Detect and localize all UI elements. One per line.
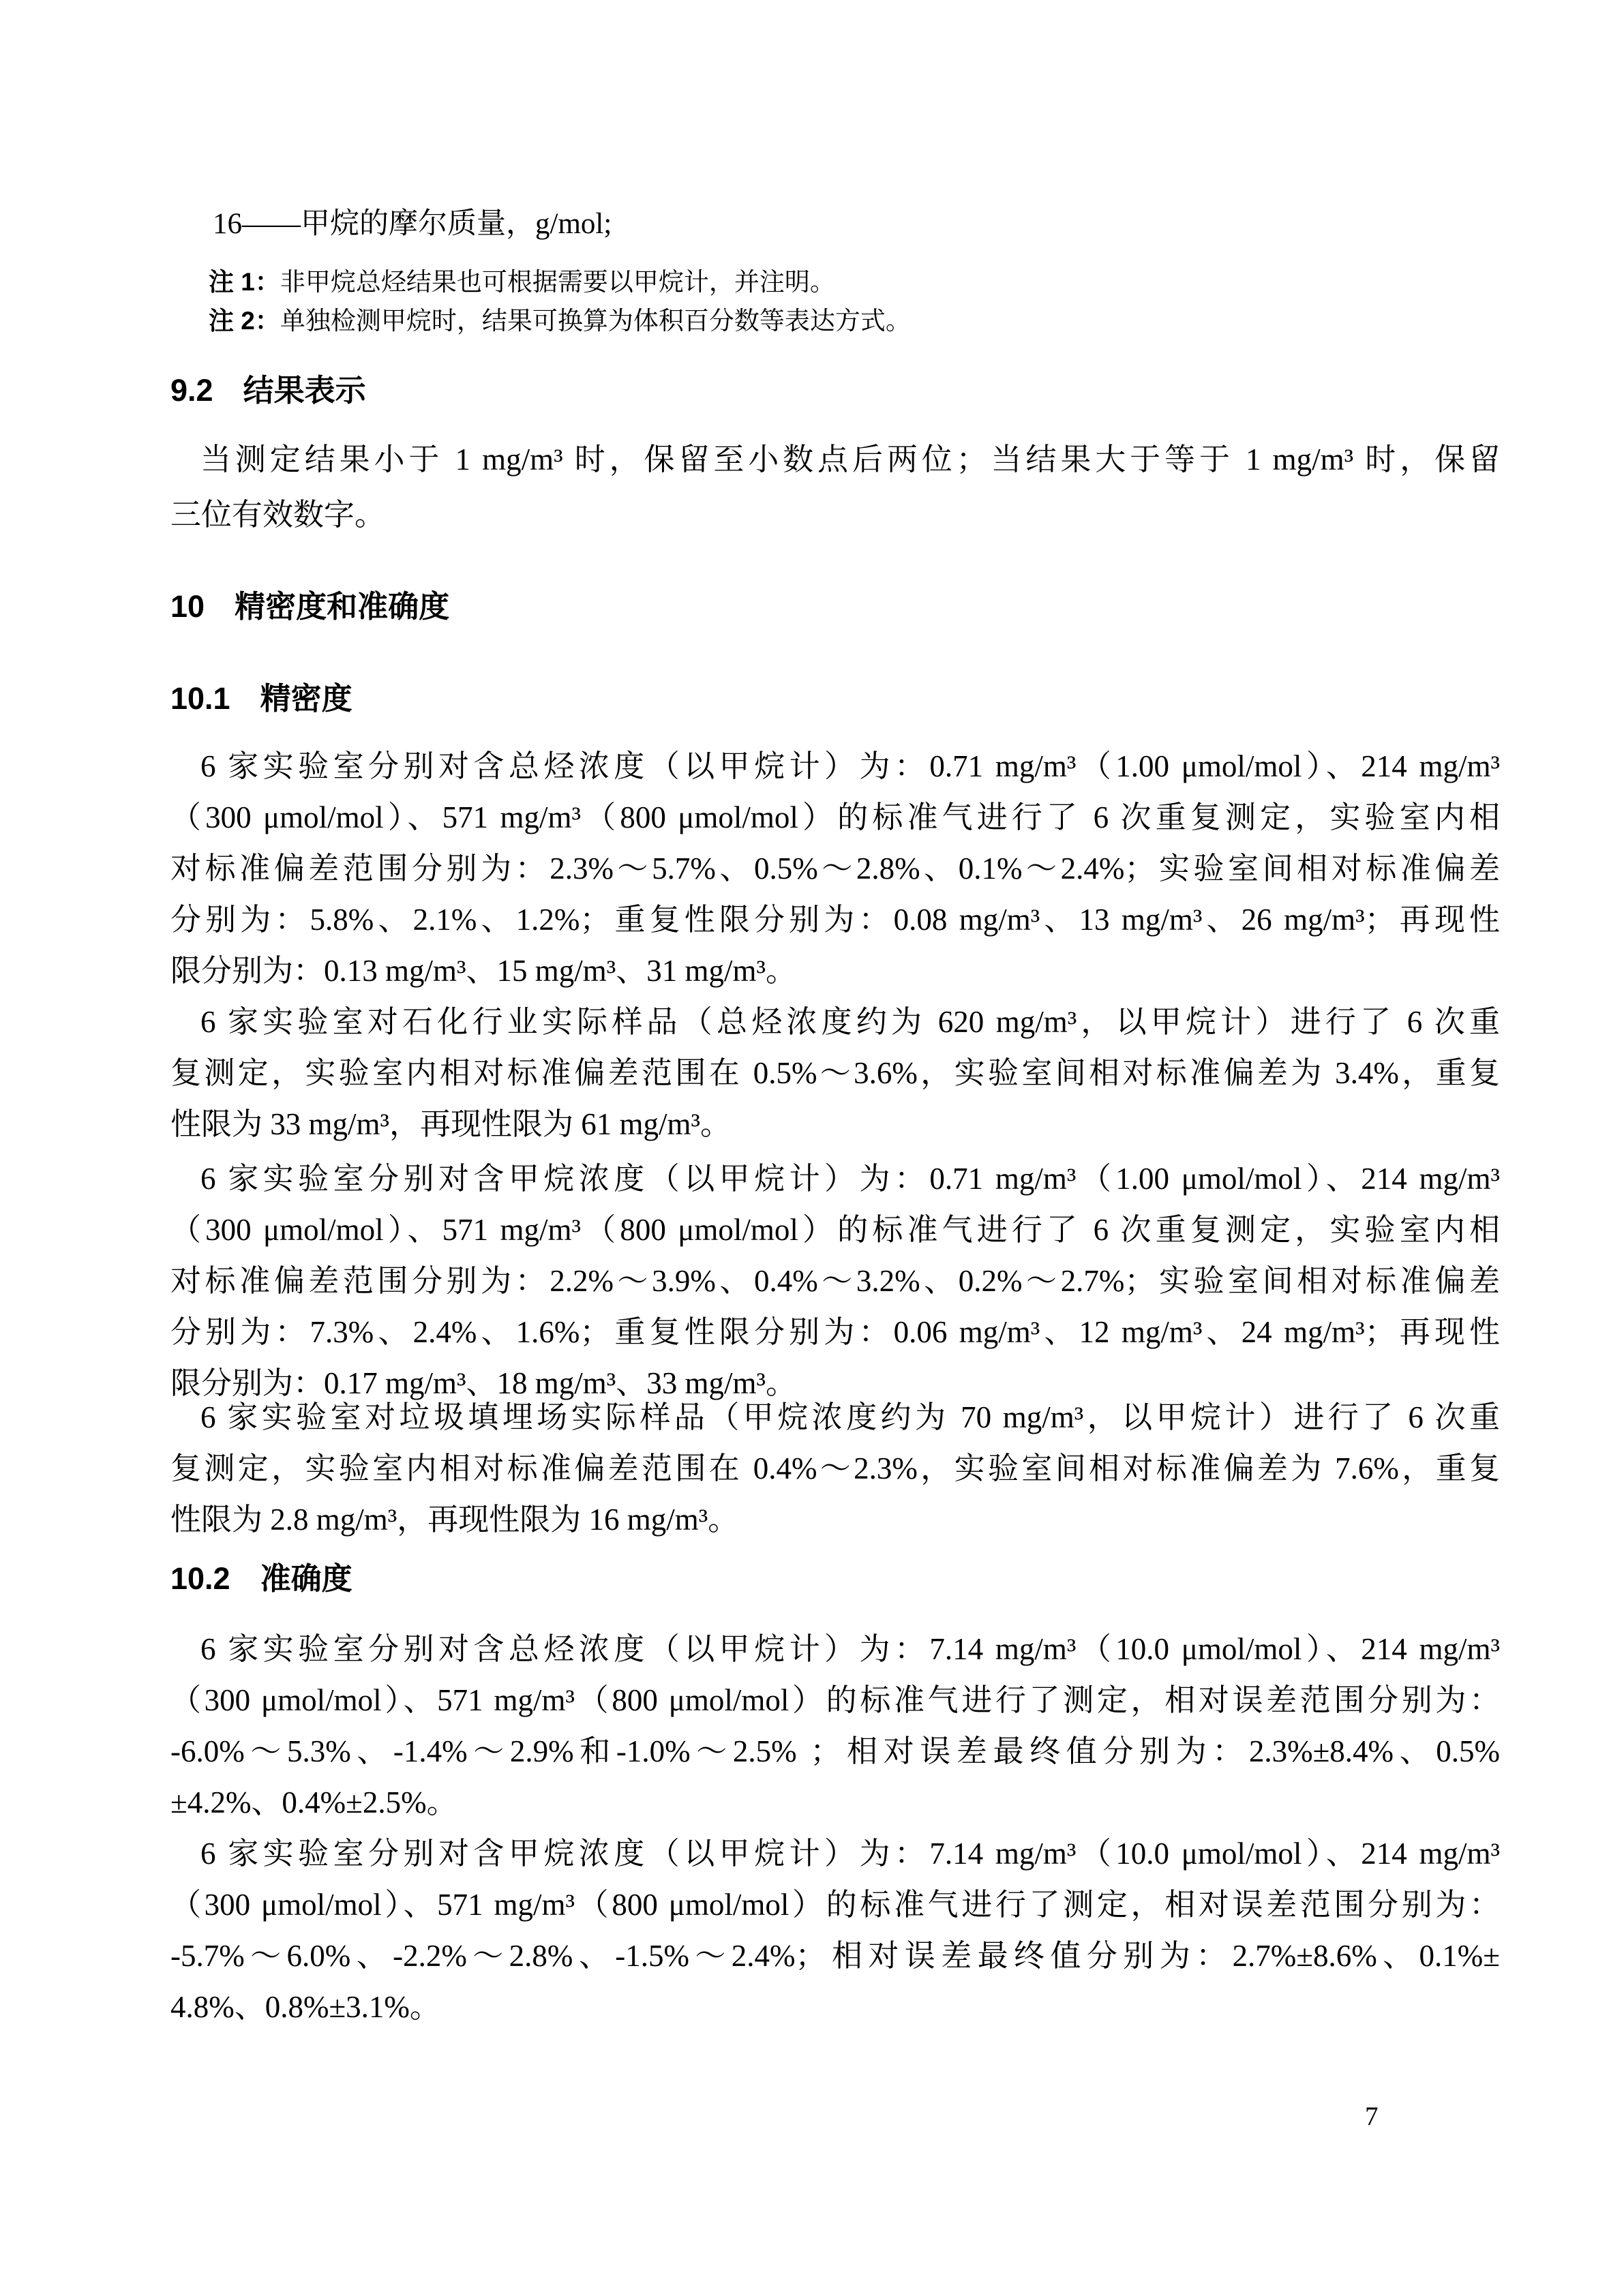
section-number: 10.2: [170, 1561, 230, 1596]
note-1: 注 1：非甲烷总烃结果也可根据需要以甲烷计，并注明。: [209, 266, 835, 299]
paragraph-line: 三位有效数字。: [170, 495, 1500, 534]
note-2-label: 注 2：: [209, 307, 280, 335]
section-heading-10: 10精密度和准确度: [170, 588, 449, 626]
section-heading-9-2: 9.2结果表示: [170, 372, 366, 410]
section-number: 10.1: [170, 681, 230, 716]
paragraph-line: ±4.2%、0.4%±2.5%。: [170, 1783, 1500, 1822]
paragraph-line: 性限为 33 mg/m³，再现性限为 61 mg/m³。: [170, 1104, 1500, 1144]
note-1-text: 非甲烷总烃结果也可根据需要以甲烷计，并注明。: [280, 269, 835, 297]
paragraph-line: 当测定结果小于 1 mg/m³ 时，保留至小数点后两位；当结果大于等于 1 mg…: [170, 440, 1500, 479]
paragraph-line: 6 家实验室分别对含甲烷浓度（以甲烷计）为：0.71 mg/m³（1.00 μm…: [170, 1159, 1500, 1198]
paragraph-line: -6.0%～5.3%、-1.4%～2.9%和-1.0%～2.5% ；相对误差最终…: [170, 1732, 1500, 1771]
section-number: 10: [170, 589, 205, 624]
paragraph-line: （300 μmol/mol）、571 mg/m³（800 μmol/mol）的标…: [170, 1210, 1500, 1250]
paragraph-line: 6 家实验室对石化行业实际样品（总烃浓度约为 620 mg/m³，以甲烷计）进行…: [170, 1002, 1500, 1042]
note-2-text: 单独检测甲烷时，结果可换算为体积百分数等表达方式。: [280, 307, 911, 335]
paragraph-line: （300 μmol/mol）、571 mg/m³（800 μmol/mol）的标…: [170, 1680, 1500, 1720]
paragraph-line: 对标准偏差范围分别为：2.2%～3.9%、0.4%～3.2%、0.2%～2.7%…: [170, 1261, 1500, 1301]
paragraph-line: 性限为 2.8 mg/m³，再现性限为 16 mg/m³。: [170, 1500, 1500, 1539]
paragraph-line: 4.8%、0.8%±3.1%。: [170, 1987, 1500, 2027]
section-title: 准确度: [260, 1561, 352, 1596]
section-number: 9.2: [170, 373, 213, 408]
note-1-label: 注 1：: [209, 268, 280, 296]
paragraph-line: 分别为：7.3%、2.4%、1.6%；重复性限分别为：0.06 mg/m³、12…: [170, 1312, 1500, 1352]
paragraph-line: 6 家实验室对垃圾填埋场实际样品（甲烷浓度约为 70 mg/m³，以甲烷计）进行…: [170, 1398, 1500, 1437]
section-heading-10-1: 10.1精密度: [170, 680, 352, 718]
paragraph-line: 分别为：5.8%、2.1%、1.2%；重复性限分别为：0.08 mg/m³、13…: [170, 900, 1500, 939]
paragraph-line: 6 家实验室分别对含总烃浓度（以甲烷计）为：7.14 mg/m³（10.0 μm…: [170, 1629, 1500, 1669]
paragraph-line: 限分别为：0.13 mg/m³、15 mg/m³、31 mg/m³。: [170, 951, 1500, 991]
page-number: 7: [1365, 2101, 1379, 2132]
paragraph-line: 对标准偏差范围分别为：2.3%～5.7%、0.5%～2.8%、0.1%～2.4%…: [170, 849, 1500, 888]
paragraph-line: 6 家实验室分别对含总烃浓度（以甲烷计）为：0.71 mg/m³（1.00 μm…: [170, 746, 1500, 786]
section-title: 精密度和准确度: [235, 589, 449, 624]
section-title: 结果表示: [243, 373, 366, 408]
section-title: 精密度: [260, 681, 352, 716]
paragraph-line: 复测定，实验室内相对标准偏差范围在 0.5%～3.6%，实验室间相对标准偏差为 …: [170, 1053, 1500, 1093]
paragraph-line: （300 μmol/mol）、571 mg/m³（800 μmol/mol）的标…: [170, 1885, 1500, 1924]
paragraph-line: （300 μmol/mol）、571 mg/m³（800 μmol/mol）的标…: [170, 798, 1500, 837]
paragraph-line: -5.7%～6.0%、-2.2%～2.8%、-1.5%～2.4%；相对误差最终值…: [170, 1936, 1500, 1976]
formula-term-line: 16——甲烷的摩尔质量，g/mol;: [213, 206, 612, 243]
note-2: 注 2：单独检测甲烷时，结果可换算为体积百分数等表达方式。: [209, 305, 911, 338]
document-page: 16——甲烷的摩尔质量，g/mol; 注 1：非甲烷总烃结果也可根据需要以甲烷计…: [0, 0, 1624, 2296]
paragraph-line: 6 家实验室分别对含甲烷浓度（以甲烷计）为：7.14 mg/m³（10.0 μm…: [170, 1834, 1500, 1873]
section-heading-10-2: 10.2准确度: [170, 1560, 352, 1598]
paragraph-line: 复测定，实验室内相对标准偏差范围在 0.4%～2.3%，实验室间相对标准偏差为 …: [170, 1449, 1500, 1488]
